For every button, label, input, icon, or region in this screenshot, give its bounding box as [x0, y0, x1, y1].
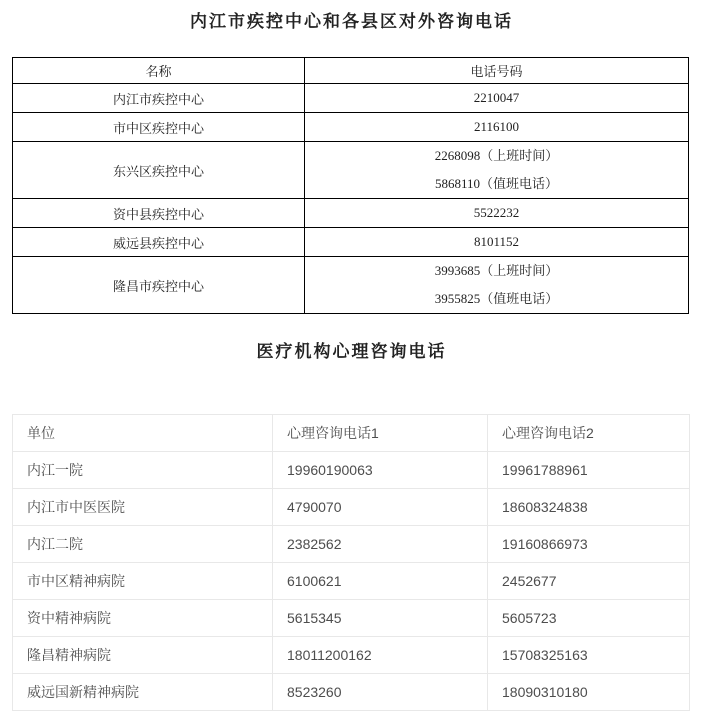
org-name-cell: 市中区疾控中心: [13, 113, 305, 142]
org-name-cell: 东兴区疾控中心: [13, 142, 305, 199]
table-row: 市中区疾控中心 2116100: [13, 113, 689, 142]
phone-number: 2116100: [305, 113, 688, 141]
phone-number: 8101152: [305, 228, 688, 256]
cdc-hotline-title: 内江市疾控中心和各县区对外咨询电话: [0, 11, 703, 32]
table-row: 隆昌精神病院 18011200162 15708325163: [13, 637, 690, 674]
phone-cell: 5522232: [305, 199, 689, 228]
unit-cell: 市中区精神病院: [13, 563, 273, 600]
unit-cell: 内江二院: [13, 526, 273, 563]
phone-cell: 2116100: [305, 113, 689, 142]
cdc-phone-table: 名称 电话号码 内江市疾控中心 2210047 市中区疾控中心 2116100 …: [12, 57, 689, 314]
table-row: 内江市中医医院 4790070 18608324838: [13, 489, 690, 526]
header-row: 单位 心理咨询电话1 心理咨询电话2: [13, 415, 690, 452]
table-row: 资中县疾控中心 5522232: [13, 199, 689, 228]
table-row: 内江市疾控中心 2210047: [13, 84, 689, 113]
table-row: 威远县疾控中心 8101152: [13, 228, 689, 257]
unit-cell: 资中精神病院: [13, 600, 273, 637]
phone-number: 3993685（上班时间）: [305, 257, 688, 285]
phone1-cell: 6100621: [273, 563, 488, 600]
phone-cell: 2210047: [305, 84, 689, 113]
cdc-table-header: 名称 电话号码: [13, 58, 689, 84]
unit-cell: 内江一院: [13, 452, 273, 489]
phone2-cell: 19961788961: [488, 452, 690, 489]
phone-number: 5522232: [305, 199, 688, 227]
unit-cell: 内江市中医医院: [13, 489, 273, 526]
hospital-table-header: 单位 心理咨询电话1 心理咨询电话2: [13, 415, 690, 452]
phone-column-header: 电话号码: [305, 58, 689, 84]
phone2-cell: 18608324838: [488, 489, 690, 526]
phone-cell: 2268098（上班时间） 5868110（值班电话）: [305, 142, 689, 199]
hospital-psych-table: 单位 心理咨询电话1 心理咨询电话2 内江一院 19960190063 1996…: [12, 414, 690, 711]
phone-number: 5868110（值班电话）: [305, 170, 688, 198]
phone-number: 3955825（值班电话）: [305, 285, 688, 313]
header-row: 名称 电话号码: [13, 58, 689, 84]
hospital-psych-title: 医疗机构心理咨询电话: [0, 341, 703, 362]
unit-cell: 隆昌精神病院: [13, 637, 273, 674]
unit-column-header: 单位: [13, 415, 273, 452]
table-row: 内江一院 19960190063 19961788961: [13, 452, 690, 489]
phone1-column-header: 心理咨询电话1: [273, 415, 488, 452]
name-column-header: 名称: [13, 58, 305, 84]
unit-cell: 威远国新精神病院: [13, 674, 273, 711]
table-row: 东兴区疾控中心 2268098（上班时间） 5868110（值班电话）: [13, 142, 689, 199]
phone1-cell: 4790070: [273, 489, 488, 526]
table-row: 市中区精神病院 6100621 2452677: [13, 563, 690, 600]
phone2-cell: 15708325163: [488, 637, 690, 674]
phone-number: 2268098（上班时间）: [305, 142, 688, 170]
phone1-cell: 5615345: [273, 600, 488, 637]
org-name-cell: 资中县疾控中心: [13, 199, 305, 228]
phone2-cell: 19160866973: [488, 526, 690, 563]
table-row: 隆昌市疾控中心 3993685（上班时间） 3955825（值班电话）: [13, 257, 689, 314]
phone-cell: 3993685（上班时间） 3955825（值班电话）: [305, 257, 689, 314]
phone1-cell: 2382562: [273, 526, 488, 563]
phone2-cell: 5605723: [488, 600, 690, 637]
table-row: 威远国新精神病院 8523260 18090310180: [13, 674, 690, 711]
phone2-cell: 2452677: [488, 563, 690, 600]
phone-cell: 8101152: [305, 228, 689, 257]
phone1-cell: 19960190063: [273, 452, 488, 489]
phone2-cell: 18090310180: [488, 674, 690, 711]
org-name-cell: 内江市疾控中心: [13, 84, 305, 113]
org-name-cell: 隆昌市疾控中心: [13, 257, 305, 314]
phone1-cell: 18011200162: [273, 637, 488, 674]
phone2-column-header: 心理咨询电话2: [488, 415, 690, 452]
table-row: 内江二院 2382562 19160866973: [13, 526, 690, 563]
phone-number: 2210047: [305, 84, 688, 112]
org-name-cell: 威远县疾控中心: [13, 228, 305, 257]
table-row: 资中精神病院 5615345 5605723: [13, 600, 690, 637]
phone1-cell: 8523260: [273, 674, 488, 711]
